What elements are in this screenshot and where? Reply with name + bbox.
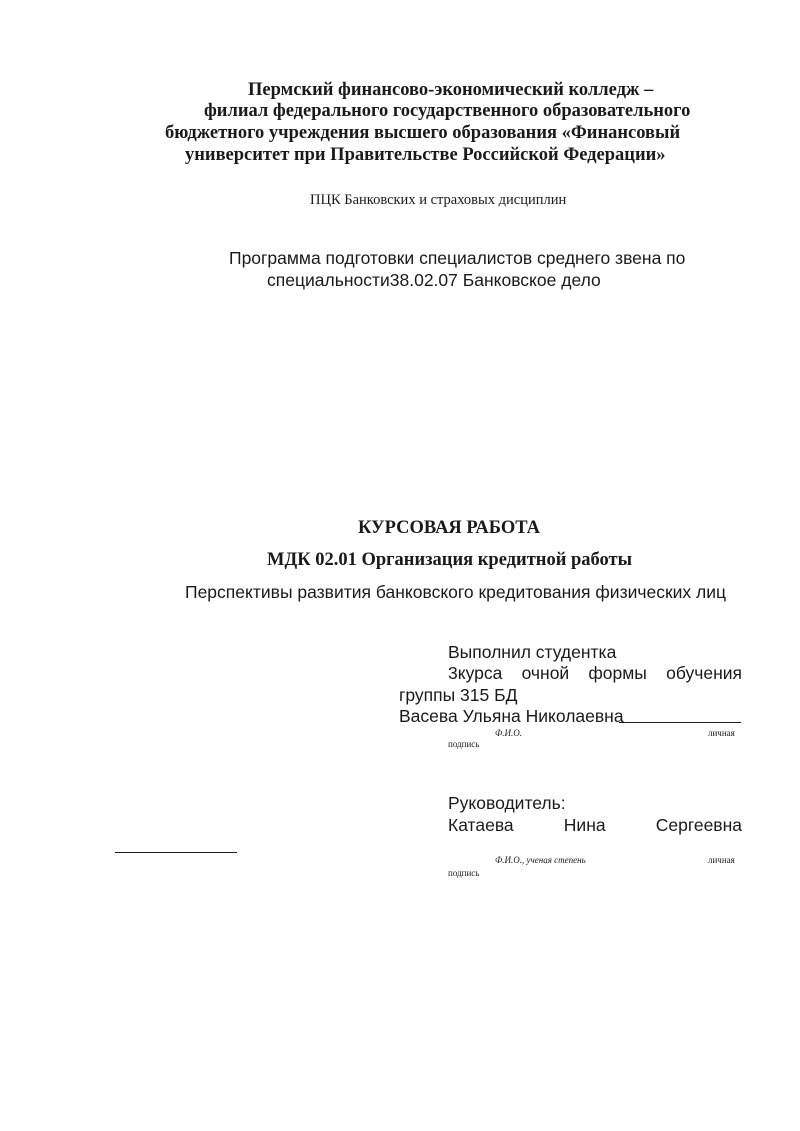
supervisor-name-word: Сергеевна: [656, 815, 742, 836]
student-signature-caption-2: подпись: [448, 739, 479, 749]
supervisor-signature-caption-2: подпись: [448, 868, 479, 878]
student-name: Васева Ульяна Николаевна: [399, 706, 624, 727]
supervisor-name-word: Нина: [564, 815, 606, 836]
module-heading: МДК 02.01 Организация кредитной работы: [267, 550, 632, 571]
student-course-word: очной: [522, 663, 570, 684]
work-type-heading: КУРСОВАЯ РАБОТА: [358, 518, 540, 539]
supervisor-signature-line: [115, 852, 237, 853]
student-course-word: формы: [588, 663, 646, 684]
supervisor-fio-caption: Ф.И.О., ученая степень: [495, 855, 586, 865]
student-signature-line: [619, 722, 741, 723]
work-topic: Перспективы развития банковского кредито…: [185, 582, 726, 603]
committee-name: ПЦК Банковских и страховых дисциплин: [310, 192, 566, 209]
program-line-1: Программа подготовки специалистов средне…: [229, 248, 685, 269]
student-signature-caption: личная: [708, 728, 735, 738]
institution-line-1: Пермский финансово-экономический колледж…: [248, 79, 653, 102]
program-line-2: специальности38.02.07 Банковское дело: [267, 270, 601, 291]
student-course-word: обучения: [666, 663, 742, 684]
supervisor-label: Руководитель:: [448, 793, 566, 814]
institution-line-4: университет при Правительстве Российской…: [185, 144, 666, 167]
student-course-word: 3курса: [448, 663, 502, 684]
student-label: Выполнил студентка: [448, 642, 616, 663]
supervisor-name-word: Катаева: [448, 815, 514, 836]
supervisor-signature-caption: личная: [708, 855, 735, 865]
student-fio-caption: Ф.И.О.: [495, 728, 522, 738]
supervisor-name-line: Катаева Нина Сергеевна: [448, 815, 742, 836]
institution-line-3: бюджетного учреждения высшего образовани…: [165, 122, 680, 145]
student-group: группы 315 БД: [399, 685, 517, 706]
student-course-line: 3курса очной формы обучения: [448, 663, 742, 684]
institution-line-2: филиал федерального государственного обр…: [204, 100, 690, 123]
